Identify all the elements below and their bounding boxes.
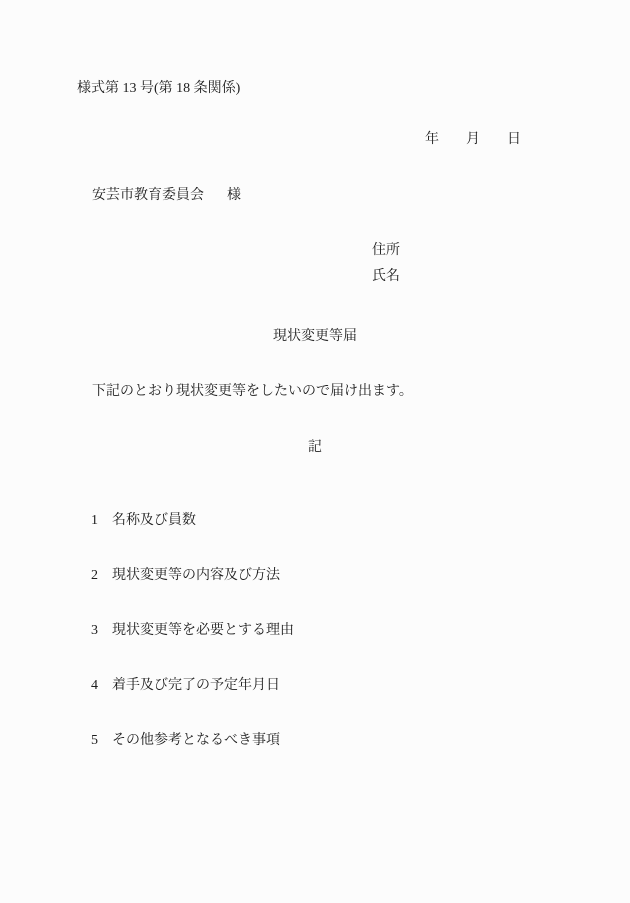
document-title: 現状変更等届 (0, 329, 630, 345)
date-line: 年 月 日 (425, 132, 521, 148)
addressee-name: 安芸市教育委員会 (92, 188, 204, 204)
item-text: 着手及び完了の予定年月日 (112, 678, 280, 693)
item-number: 5 (91, 733, 112, 749)
day-label: 日 (507, 132, 521, 148)
item-number: 1 (91, 513, 112, 529)
addressee-honorific: 様 (227, 188, 241, 204)
month-label: 月 (466, 132, 480, 148)
address-label: 住所 (372, 243, 400, 259)
item-number: 3 (91, 623, 112, 639)
addressee-line: 安芸市教育委員会 様 (92, 188, 241, 204)
list-heading: 記 (0, 440, 630, 456)
form-number: 様式第 13 号(第 18 条関係) (77, 81, 240, 97)
body-text: 下記のとおり現状変更等をしたいので届け出ます。 (92, 384, 413, 400)
list-item: 1名称及び員数 (77, 497, 196, 545)
list-item: 4着手及び完了の予定年月日 (77, 662, 280, 710)
item-number: 4 (91, 678, 112, 694)
year-label: 年 (425, 132, 439, 148)
item-text: その他参考となるべき事項 (112, 733, 280, 748)
item-number: 2 (91, 568, 112, 584)
item-text: 名称及び員数 (112, 513, 196, 528)
item-text: 現状変更等の内容及び方法 (112, 568, 280, 583)
item-text: 現状変更等を必要とする理由 (112, 623, 294, 638)
list-item: 2現状変更等の内容及び方法 (77, 552, 280, 600)
list-item: 5その他参考となるべき事項 (77, 717, 280, 765)
list-item: 3現状変更等を必要とする理由 (77, 607, 294, 655)
document-page: 様式第 13 号(第 18 条関係) 年 月 日 安芸市教育委員会 様 住所 氏… (0, 0, 630, 903)
name-label: 氏名 (372, 269, 400, 285)
